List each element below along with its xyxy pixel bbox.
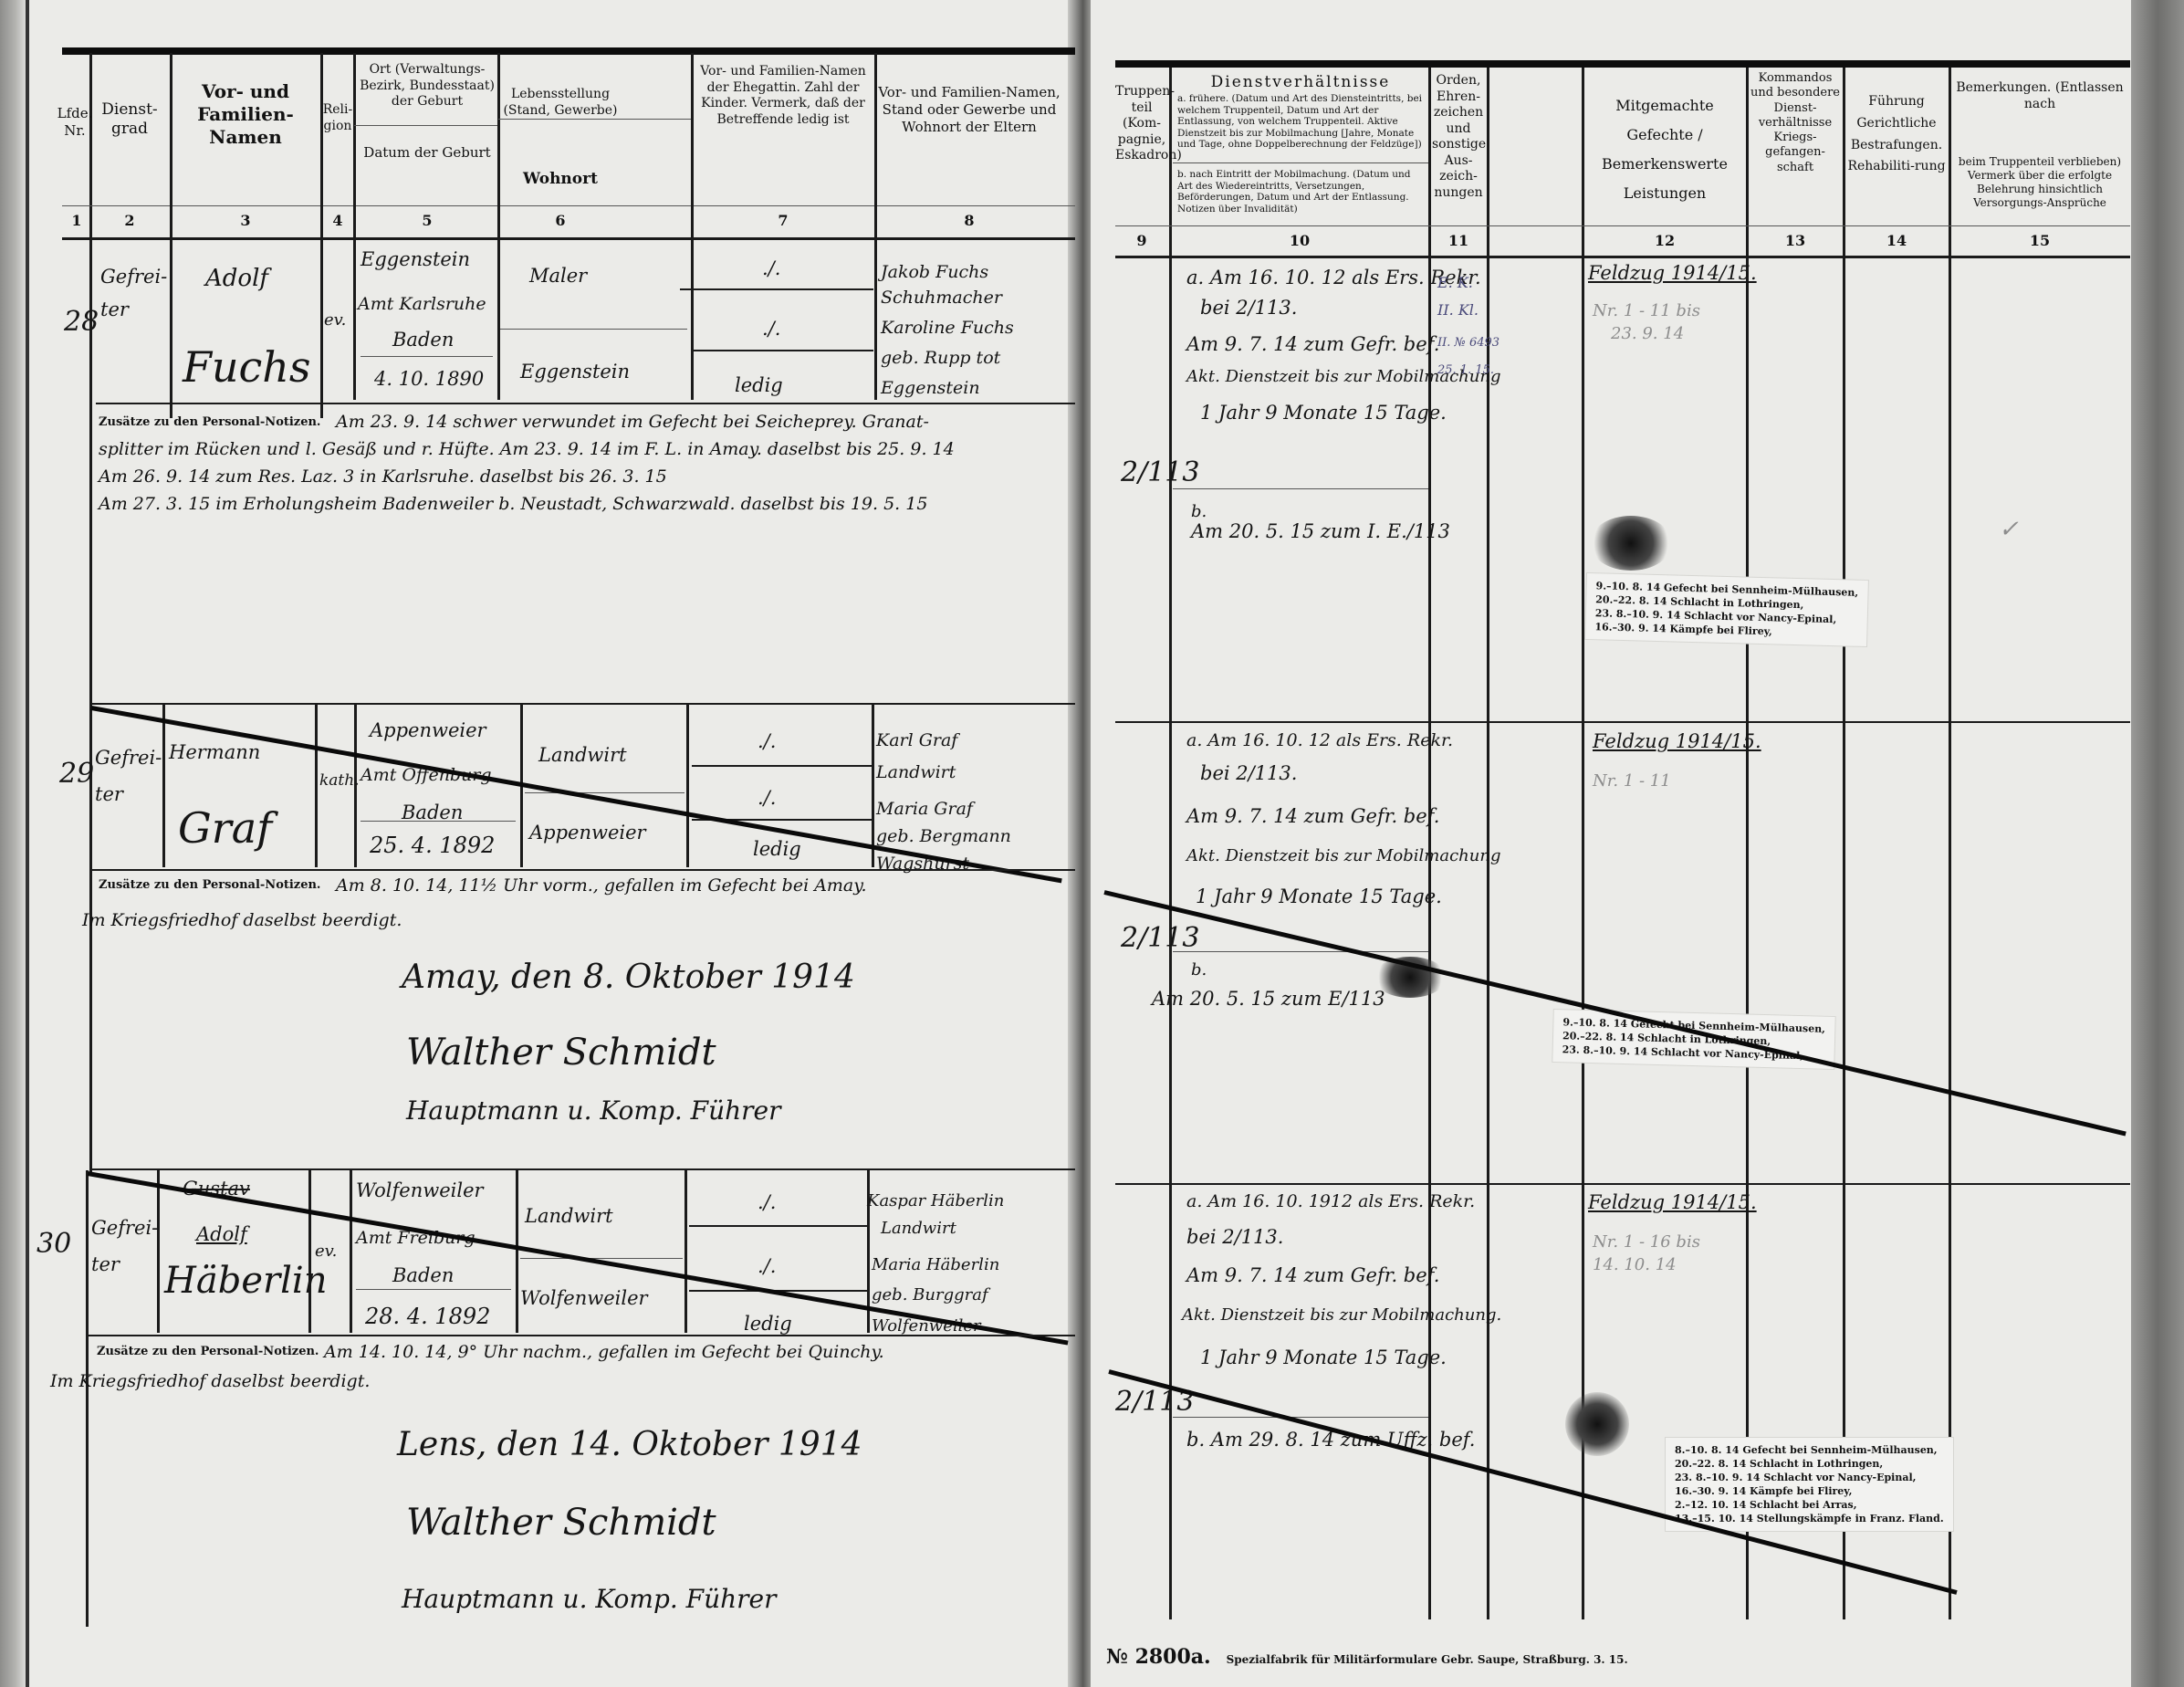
header-residence: Wohnort xyxy=(500,170,621,189)
birth-date: 25. 4. 1892 xyxy=(370,833,495,858)
religion: ev. xyxy=(315,1242,337,1261)
service-b-line: b. xyxy=(1191,502,1207,521)
service-b-line: b. xyxy=(1191,960,1207,980)
rank: Gefrei-ter xyxy=(95,739,159,812)
residence: Appenweier xyxy=(529,822,646,843)
parent-line: geb. Rupp tot xyxy=(881,348,1000,368)
parent-line: Eggenstein xyxy=(881,378,980,398)
service-b-line: Am 20. 5. 15 zum I. E./113 xyxy=(1191,520,1450,542)
first-name: Adolf xyxy=(196,1223,247,1245)
battle-line: 2.–12. 10. 14 Schlacht bei Arras, xyxy=(1675,1498,1944,1512)
residence: Wolfenweiler xyxy=(520,1287,648,1309)
spouse: ./. xyxy=(762,257,780,279)
signature: Walther Schmidt xyxy=(406,1032,716,1074)
entry-number: 29 xyxy=(59,758,94,790)
header-spouse: Vor- und Familien-Namen der Ehegattin. Z… xyxy=(694,64,873,128)
printer-imprint: Spezialfabrik für Militärformulare Gebr.… xyxy=(1227,1653,1628,1666)
header-battles: Mitgemachte Gefechte / Bemerkenswerte Le… xyxy=(1585,91,1744,208)
service-b-line: Am 20. 5. 15 zum E/113 xyxy=(1152,988,1385,1010)
parent-line: Kaspar Häberlin xyxy=(867,1191,1004,1210)
children: ./. xyxy=(758,1255,776,1277)
decoration-line: 25. 1. 15. xyxy=(1437,363,1494,377)
battle-line: 13.–15. 10. 14 Stellungskämpfe in Franz.… xyxy=(1675,1512,1944,1525)
parent-line: geb. Burggraf xyxy=(872,1285,988,1305)
campaign: Feldzug 1914/15. xyxy=(1588,1191,1757,1213)
occupation: Maler xyxy=(529,265,587,287)
header-service-a: a. frühere. (Datum und Art des Dienstein… xyxy=(1177,93,1424,151)
service-a-line: Am 9. 7. 14 zum Gefr. bef. xyxy=(1186,1264,1439,1286)
header-service-b: b. nach Eintritt der Mobilmachung. (Datu… xyxy=(1177,169,1424,215)
surname: Fuchs xyxy=(183,342,311,392)
col-num-5: 5 xyxy=(358,212,496,229)
header-dienstgrad: Dienst-grad xyxy=(91,100,168,140)
service-a-line: 1 Jahr 9 Monate 15 Tage. xyxy=(1196,885,1442,907)
birth-date: 4. 10. 1890 xyxy=(374,368,484,390)
single-note: ledig xyxy=(753,838,801,860)
campaign-note: Nr. 1 - 11 bis xyxy=(1593,301,1700,320)
header-birthplace: Ort (Verwaltungs-Bezirk, Bundesstaat) de… xyxy=(358,62,496,110)
header-commands: Kommandos und besondere Dienst-verhältni… xyxy=(1750,71,1841,175)
spouse: ./. xyxy=(758,1191,776,1213)
rank: Gefrei-ter xyxy=(100,260,164,326)
header-conduct: Führung Gerichtliche Bestrafungen. Rehab… xyxy=(1846,91,1947,178)
form-footer: № 2800a. Spezialfabrik für Militärformul… xyxy=(1106,1645,1628,1669)
children: ./. xyxy=(758,787,776,809)
campaign-note: Nr. 1 - 11 xyxy=(1593,771,1671,791)
parent-line: Karoline Fuchs xyxy=(881,318,1014,338)
signature: Walther Schmidt xyxy=(406,1502,716,1544)
notes-label: Zusätze zu den Personal-Notizen. xyxy=(97,1345,319,1358)
unit: 2/113 xyxy=(1121,922,1199,954)
col-num-9: 9 xyxy=(1115,232,1168,249)
religion: ev. xyxy=(324,310,346,330)
birthplace: Eggenstein xyxy=(361,248,470,270)
notes-label: Zusätze zu den Personal-Notizen. xyxy=(99,415,320,429)
campaign: Feldzug 1914/15. xyxy=(1593,730,1761,752)
religion: kath. xyxy=(319,771,360,790)
notes-line: splitter im Rücken und l. Gesäß und r. H… xyxy=(99,435,955,463)
parent-line: Maria Graf xyxy=(876,799,973,819)
single-note: ledig xyxy=(735,374,783,396)
birth-district: Amt Karlsruhe xyxy=(358,294,486,314)
col-num-8: 8 xyxy=(878,212,1061,229)
campaign-note: 14. 10. 14 xyxy=(1593,1255,1677,1274)
header-decorations: Orden, Ehren-zeichen und sonstige Aus-ze… xyxy=(1432,73,1485,201)
birth-date: 28. 4. 1892 xyxy=(365,1304,490,1329)
battle-line: 23. 8.–10. 9. 14 Schlacht vor Nancy-Epin… xyxy=(1675,1471,1944,1484)
battles-stamp: 9.–10. 8. 14 Gefecht bei Sennheim-Mülhau… xyxy=(1585,573,1867,646)
decoration-line: E. K. xyxy=(1437,274,1473,291)
campaign-note: Nr. 1 - 16 bis xyxy=(1593,1232,1700,1252)
col-num-3: 3 xyxy=(173,212,318,229)
parent-line: Landwirt xyxy=(881,1219,956,1238)
header-service-title: Dienstverhältnisse xyxy=(1177,73,1424,92)
service-a-line: bei 2/113. xyxy=(1186,1226,1283,1248)
col-num-7: 7 xyxy=(694,212,873,229)
birth-state: Baden xyxy=(392,329,454,351)
notes-line: Am 27. 3. 15 im Erholungsheim Badenweile… xyxy=(99,490,927,518)
book-edge-right xyxy=(2131,0,2184,1687)
col-num-10: 10 xyxy=(1172,232,1427,249)
col-num-1: 1 xyxy=(64,212,89,229)
battles-stamp: 8.–10. 8. 14 Gefecht bei Sennheim-Mülhau… xyxy=(1666,1438,1953,1531)
col-num-11: 11 xyxy=(1431,232,1486,249)
header-remarks-top: Bemerkungen. (Entlassen nach xyxy=(1953,80,2127,112)
col-num-6: 6 xyxy=(500,212,621,229)
service-a-line: a. Am 16. 10. 12 als Ers. Rekr. xyxy=(1186,730,1453,750)
header-occupation: Lebensstellung (Stand, Gewerbe) xyxy=(500,87,621,119)
children: ./. xyxy=(762,318,780,340)
service-a-line: bei 2/113. xyxy=(1200,297,1297,319)
service-a-line: Am 9. 7. 14 zum Gefr. bef. xyxy=(1186,805,1439,827)
entry-number: 28 xyxy=(64,306,99,338)
campaign: Feldzug 1914/15. xyxy=(1588,262,1757,284)
header-religion: Reli-gion xyxy=(322,102,353,134)
parent-line: Landwirt xyxy=(876,762,956,782)
signature-title: Hauptmann u. Komp. Führer xyxy=(406,1095,781,1126)
ink-stamp-smudge xyxy=(1590,516,1672,571)
decoration-line: II. № 6493 xyxy=(1437,336,1500,350)
birthplace: Appenweier xyxy=(370,719,486,741)
service-a-line: Akt. Dienstzeit bis zur Mobilmachung. xyxy=(1182,1305,1501,1325)
notes-line: Am 26. 9. 14 zum Res. Laz. 3 in Karlsruh… xyxy=(99,463,667,490)
parent-line: Karl Graf xyxy=(876,730,957,750)
notes-line: Im Kriegsfriedhof daselbst beerdigt. xyxy=(82,906,402,934)
occupation: Landwirt xyxy=(525,1205,613,1227)
ink-stamp-smudge xyxy=(1565,1392,1629,1456)
notes-label: Zusätze zu den Personal-Notizen. xyxy=(99,878,320,892)
service-a-line: a. Am 16. 10. 1912 als Ers. Rekr. xyxy=(1186,1191,1475,1211)
surname: Graf xyxy=(178,803,272,853)
occupation: Landwirt xyxy=(538,744,627,766)
unit: 2/113 xyxy=(1121,456,1199,488)
battle-line: 8.–10. 8. 14 Gefecht bei Sennheim-Mülhau… xyxy=(1675,1443,1944,1457)
col-num-2: 2 xyxy=(91,212,168,229)
first-name: Adolf xyxy=(205,265,268,292)
book-edge-left xyxy=(0,0,26,1687)
service-a-line: 1 Jahr 9 Monate 15 Tage. xyxy=(1200,402,1447,424)
entry-number: 30 xyxy=(37,1228,71,1260)
decoration-line: II. Kl. xyxy=(1437,301,1479,319)
service-a-line: Am 9. 7. 14 zum Gefr. bef. xyxy=(1186,333,1439,355)
service-a-line: 1 Jahr 9 Monate 15 Tage. xyxy=(1200,1346,1447,1368)
residence: Eggenstein xyxy=(520,361,630,382)
surname: Häberlin xyxy=(164,1260,327,1302)
service-a-line: Akt. Dienstzeit bis zur Mobilmachung xyxy=(1186,846,1500,865)
parent-line: geb. Bergmann xyxy=(876,826,1011,846)
header-unit: Truppen-teil (Kom-pagnie, Eskadron) xyxy=(1115,84,1168,164)
form-number: № 2800a. xyxy=(1106,1645,1211,1669)
rank: Gefrei-ter xyxy=(91,1210,155,1283)
col-num-12: 12 xyxy=(1584,232,1745,249)
battles-stamp: 9.–10. 8. 14 Gefecht bei Sennheim-Mülhau… xyxy=(1552,1010,1834,1069)
notes-line: Am 8. 10. 14, 11½ Uhr vorm., gefallen im… xyxy=(336,872,867,899)
place-date: Lens, den 14. Oktober 1914 xyxy=(397,1426,862,1463)
notes-line: Im Kriegsfriedhof daselbst beerdigt. xyxy=(50,1367,370,1395)
first-name: Hermann xyxy=(169,741,260,763)
col-num-4: 4 xyxy=(322,212,353,229)
header-parents: Vor- und Familien-Namen, Stand oder Gewe… xyxy=(878,84,1061,135)
signature-title: Hauptmann u. Komp. Führer xyxy=(402,1584,777,1614)
remark-checkmark: ✓ xyxy=(1999,516,2019,543)
parent-line: Schuhmacher xyxy=(881,288,1002,308)
place-date: Amay, den 8. Oktober 1914 xyxy=(402,959,855,996)
header-remarks-bottom: beim Truppenteil verblieben) Vermerk übe… xyxy=(1953,155,2127,210)
birthplace: Wolfenweiler xyxy=(356,1179,484,1201)
header-birthdate: Datum der Geburt xyxy=(358,144,496,162)
parent-line: Jakob Fuchs xyxy=(881,257,988,288)
col-num-13: 13 xyxy=(1749,232,1842,249)
header-names: Vor- und Familien-Namen xyxy=(173,80,318,149)
battle-line: 20.–22. 8. 14 Schlacht in Lothringen, xyxy=(1675,1457,1944,1471)
campaign-note: 23. 9. 14 xyxy=(1611,324,1684,343)
col-num-15: 15 xyxy=(1951,232,2128,249)
col-num-14: 14 xyxy=(1845,232,1948,249)
spouse: ./. xyxy=(758,730,776,752)
notes-line: Am 23. 9. 14 schwer verwundet im Gefecht… xyxy=(336,408,929,435)
service-a-line: bei 2/113. xyxy=(1200,762,1297,784)
battle-line: 16.–30. 9. 14 Kämpfe bei Flirey, xyxy=(1675,1484,1944,1498)
header-lfde-nr: Lfde. Nr. xyxy=(57,105,93,140)
parent-line: Maria Häberlin xyxy=(872,1255,999,1274)
single-note: ledig xyxy=(744,1313,792,1335)
birth-state: Baden xyxy=(392,1264,454,1286)
notes-line: Am 14. 10. 14, 9° Uhr nachm., gefallen i… xyxy=(324,1338,884,1366)
